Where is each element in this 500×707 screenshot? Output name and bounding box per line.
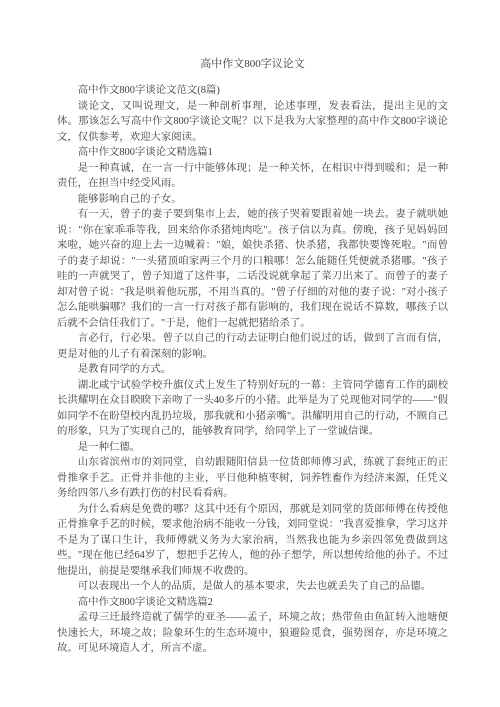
paragraph-intro: 谈论文，又叫说理文，是一种剖析事理，论述事理，发表看法，提出主见的文体。那该怎么… xyxy=(57,99,448,146)
paragraph: 孟母三迁最终造就了儒学的亚圣——孟子，环境之故；热带鱼由鱼缸转入池塘便快速长大，… xyxy=(57,610,448,657)
paragraph: 是教育同学的方式。 xyxy=(57,362,448,378)
paragraph: 可以表现出一个人的品质，是做人的基本要求，失去也就丢失了自己的品德。 xyxy=(57,579,448,595)
paragraph: 湖北咸宁试验学校升旗仪式上发生了特别好玩的一幕：主管同学德育工作的副校长洪耀明在… xyxy=(57,378,448,440)
paragraph: 山东省滨州市的刘同堂，自幼跟随阳信县一位货郎师傅习武，练就了套纯正的正骨推拿手艺… xyxy=(57,455,448,502)
paragraph: 能够影响自己的子女。 xyxy=(57,192,448,208)
paragraph-subtitle: 高中作文800字谈论文范文(8篇) xyxy=(57,83,448,99)
document-title: 高中作文800字议论文 xyxy=(57,56,448,72)
section-heading-1: 高中作文800字谈论文精选篇1 xyxy=(57,145,448,161)
paragraph: 是一种仁德。 xyxy=(57,440,448,456)
paragraph: 为什么看病是免费的哪？这其中还有个原因，那就是刘同堂的货郎师傅在传授他正骨推拿手… xyxy=(57,502,448,580)
paragraph: 有一天，曾子的妻子要到集市上去，她的孩子哭着要跟着她一块去。妻子就哄她说："你在… xyxy=(57,207,448,331)
paragraph: 是一种真诚，在一言一行中能够体现；是一种关怀，在相识中得到暖和；是一种责任，在担… xyxy=(57,161,448,192)
section-heading-2: 高中作文800字谈论文精选篇2 xyxy=(57,595,448,611)
document-page: 高中作文800字议论文 高中作文800字谈论文范文(8篇) 谈论文，又叫说理文，… xyxy=(0,0,500,707)
paragraph: 言必行，行必果。曾子以自己的行动去证明白他们说过的话，做到了言而有信，更是对他的… xyxy=(57,331,448,362)
